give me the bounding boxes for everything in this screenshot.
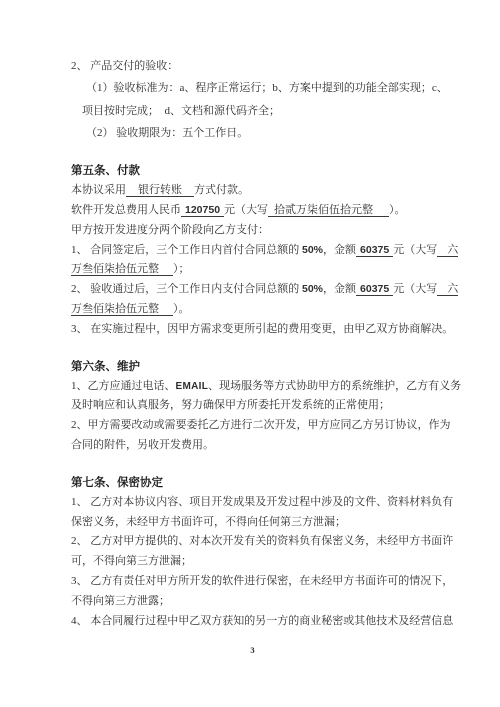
text-run: 元（大写: [224, 204, 268, 216]
acceptance-criteria-continuation: 项目按时完成； d、文档和源代码齐全；: [82, 100, 434, 122]
text-run: 1、乙方应通过电话、: [71, 380, 176, 392]
acceptance-criteria-line: （1）验收标准为：a、程序正常运行；b、方案中提到的功能全部实现；c、: [86, 77, 434, 99]
maintenance-item-2-line-1: 2、甲方需要改动或需要委托乙方进行二次开发，甲方应同乙方另订协议，作为: [71, 416, 434, 436]
text-run: 方式付款。: [194, 184, 249, 196]
text-run: ）。: [173, 303, 190, 315]
stage-2-percent: 50%: [302, 283, 323, 295]
text-run: 软件开发总费用人民币: [71, 204, 181, 216]
text-run: 2、 验收通过后，三个工作日内支付合同总额的: [71, 283, 302, 295]
maintenance-item-1-line-2: 及时响应和认真服务，努力确保甲方所委托开发系统的正常使用；: [71, 396, 434, 416]
stage-2-amount-words-continuation: 万叁佰柒拾伍元整: [71, 303, 173, 316]
text-run: 1、 合同签定后，三个工作日内首付合同总额的: [71, 244, 302, 256]
text-run: 本协议采用: [71, 184, 126, 196]
payment-method-blank-value: 银行转账: [126, 184, 194, 197]
stage-2-amount-words-start: 六: [437, 283, 458, 296]
clause-product-acceptance: 2、 产品交付的验收： （1）验收标准为：a、程序正常运行；b、方案中提到的功能…: [71, 55, 434, 144]
article-7-heading: 第七条、保密协定: [71, 473, 434, 493]
acceptance-title: 2、 产品交付的验收：: [71, 55, 434, 77]
text-run: ）；: [173, 263, 190, 275]
payment-stage-1-line-1: 1、 合同签定后，三个工作日内首付合同总额的 50%，金额60375元（大写六: [71, 241, 434, 261]
stage-2-amount-value: 60375: [356, 283, 393, 296]
total-amount-in-words: 拾贰万柒佰伍拾元整: [268, 204, 389, 217]
stage-1-amount-words-start: 六: [437, 244, 458, 257]
maintenance-item-1-line-1: 1、乙方应通过电话、EMAIL、现场服务等方式协助甲方的系统维护，乙方有义务: [71, 377, 434, 397]
confidentiality-item-3-line-1: 3、 乙方有责任对甲方所开发的软件进行保密，在未经甲方书面许可的情况下，: [71, 572, 434, 592]
maintenance-item-2-line-2: 合同的附件，另收开发费用。: [71, 436, 434, 456]
article-7-confidentiality: 第七条、保密协定 1、 乙方对本协议内容、项目开发成果及开发过程中涉及的文件、资…: [71, 473, 434, 632]
total-amount-value: 120750: [181, 204, 224, 217]
confidentiality-item-3-line-2: 不得向第三方泄露；: [71, 592, 434, 612]
contract-document-page: 2、 产品交付的验收： （1）验收标准为：a、程序正常运行；b、方案中提到的功能…: [0, 0, 500, 707]
payment-method-line: 本协议采用银行转账方式付款。: [71, 181, 434, 201]
payment-stage-2-line-1: 2、 验收通过后，三个工作日内支付合同总额的 50%，金额60375元（大写六: [71, 280, 434, 300]
article-5-heading: 第五条、付款: [71, 161, 434, 181]
text-run: ，金额: [323, 244, 356, 256]
article-6-maintenance: 第六条、维护 1、乙方应通过电话、EMAIL、现场服务等方式协助甲方的系统维护，…: [71, 357, 434, 456]
stage-1-amount-words-continuation: 万叁佰柒拾伍元整: [71, 263, 173, 276]
text-run: 元（大写: [393, 283, 437, 295]
confidentiality-item-1-line-2: 保密义务，未经甲方书面许可，不得向任何第三方泄漏；: [71, 513, 434, 533]
article-5-payment: 第五条、付款 本协议采用银行转账方式付款。 软件开发总费用人民币120750元（…: [71, 161, 434, 339]
stage-1-amount-value: 60375: [356, 244, 393, 257]
payment-stage-2-line-2: 万叁佰柒拾伍元整）。: [71, 300, 434, 320]
page-number: 3: [71, 641, 434, 659]
total-fee-line: 软件开发总费用人民币120750元（大写拾贰万柒佰伍拾元整）。: [71, 201, 434, 221]
confidentiality-item-2-line-1: 2、 乙方对甲方提供的、对本次开发有关的资料负有保密义务，未经甲方书面许: [71, 532, 434, 552]
text-run: 、现场服务等方式协助甲方的系统维护，乙方有义务: [208, 380, 461, 392]
text-run: ，金额: [323, 283, 356, 295]
confidentiality-item-4-line-1: 4、 本合同履行过程中甲乙双方获知的另一方的商业秘密或其他技术及经营信息: [71, 612, 434, 632]
acceptance-period-line: （2） 验收期限为：五个工作日。: [86, 122, 434, 144]
confidentiality-item-1-line-1: 1、 乙方对本协议内容、项目开发成果及开发过程中涉及的文件、资料材料负有: [71, 493, 434, 513]
stage-1-percent: 50%: [302, 244, 323, 256]
text-run: ）。: [389, 204, 406, 216]
confidentiality-item-2-line-2: 可，不得向第三方泄漏；: [71, 552, 434, 572]
payment-stage-1-line-2: 万叁佰柒拾伍元整）；: [71, 260, 434, 280]
payment-change-clause: 3、 在实施过程中，因甲方需求变更所引起的费用变更，由甲乙双方协商解决。: [71, 320, 434, 340]
article-6-heading: 第六条、维护: [71, 357, 434, 377]
email-text: EMAIL: [176, 381, 209, 392]
payment-stages-intro: 甲方按开发进度分两个阶段向乙方支付：: [71, 221, 434, 241]
text-run: 元（大写: [393, 244, 437, 256]
